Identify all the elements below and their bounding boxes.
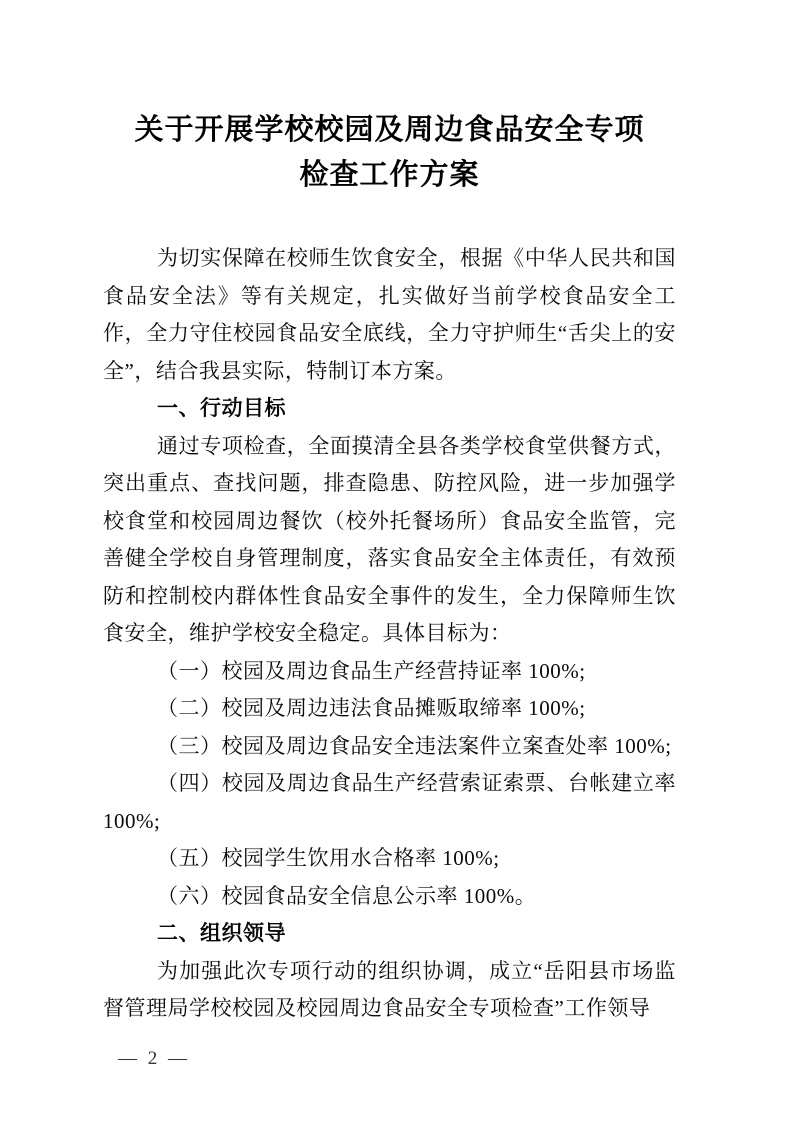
page-number: — 2 —	[118, 1048, 190, 1070]
paragraph-intro: 为切实保障在校师生饮食安全，根据《中华人民共和国食品安全法》等有关规定，扎实做好…	[103, 240, 676, 390]
paragraph-goals: 通过专项检查，全面摸清全县各类学校食堂供餐方式，突出重点、查找问题，排查隐患、防…	[103, 428, 676, 653]
list-item-4: （四）校园及周边食品生产经营索证索票、台帐建立率 100%;	[103, 765, 676, 840]
paragraph-organization: 为加强此次专项行动的组织协调，成立“岳阳县市场监督管理局学校校园及校园周边食品安…	[103, 953, 676, 1028]
heading-section-2: 二、组织领导	[103, 915, 676, 953]
list-item-5: （五）校园学生饮用水合格率 100%;	[103, 840, 676, 878]
document-page: 关于开展学校校园及周边食品安全专项 检查工作方案 为切实保障在校师生饮食安全，根…	[0, 0, 793, 1122]
list-item-6: （六）校园食品安全信息公示率 100%。	[103, 878, 676, 916]
document-content: 关于开展学校校园及周边食品安全专项 检查工作方案 为切实保障在校师生饮食安全，根…	[103, 108, 676, 1028]
title-line-2: 检查工作方案	[103, 153, 676, 198]
document-title: 关于开展学校校园及周边食品安全专项 检查工作方案	[103, 108, 676, 198]
heading-section-1: 一、行动目标	[103, 390, 676, 428]
list-item-3: （三）校园及周边食品安全违法案件立案查处率 100%;	[103, 728, 676, 766]
document-body: 为切实保障在校师生饮食安全，根据《中华人民共和国食品安全法》等有关规定，扎实做好…	[103, 240, 676, 1028]
list-item-1: （一）校园及周边食品生产经营持证率 100%;	[103, 653, 676, 691]
list-item-2: （二）校园及周边违法食品摊贩取缔率 100%;	[103, 690, 676, 728]
title-line-1: 关于开展学校校园及周边食品安全专项	[103, 108, 676, 153]
